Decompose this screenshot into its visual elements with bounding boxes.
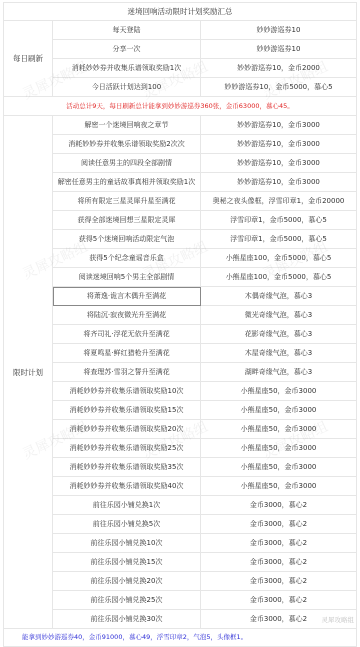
reward-cell: 金币3000，慕心2 <box>201 496 357 515</box>
task-cell: 前往乐园小铺兑换1次 <box>53 496 201 515</box>
task-cell: 消耗妙妙券并收集乐谱领取奖励1次 <box>53 59 201 78</box>
task-cell: 前往乐园小铺兑换25次 <box>53 591 201 610</box>
reward-cell: 金币3000，慕心2 <box>201 553 357 572</box>
reward-cell: 小熊星座100，金币5000，慕心5 <box>201 249 357 268</box>
reward-cell: 金币3000，慕心2 <box>201 515 357 534</box>
task-cell: 前往乐园小铺兑换15次 <box>53 553 201 572</box>
reward-cell: 浮雪印章1，金币5000，慕心5 <box>201 211 357 230</box>
reward-cell: 妙妙游巡券10，金币2000 <box>201 59 357 78</box>
reward-cell: 微光奇缘气泡，慕心3 <box>201 306 357 325</box>
limited-row: 获得全部迷境回想三星限定灵犀浮雪印章1，金币5000，慕心5 <box>4 211 357 230</box>
limited-row: 消耗妙妙券并收集乐谱领取奖励35次小熊星座50，金币3000 <box>4 458 357 477</box>
reward-cell: 小熊星座50，金币3000 <box>201 401 357 420</box>
limited-row: 消耗妙妙券并收集乐谱领取奖励40次小熊星座50，金币3000 <box>4 477 357 496</box>
reward-cell: 妙妙游巡券10，金币3000 <box>201 116 357 135</box>
section-label-daily: 每日刷新 <box>4 21 53 97</box>
daily-row: 每日刷新每天登陆妙妙游巡券10 <box>4 21 357 40</box>
limited-row: 阅读迷境回响5个男主全部剧情小熊星座100，金币5000，慕心5 <box>4 268 357 287</box>
limited-row: 将陆沉·寂夜微光升至满花微光奇缘气泡，慕心3 <box>4 306 357 325</box>
credit-watermark: 灵犀攻略组 <box>322 615 355 624</box>
reward-cell: 小熊星座50，金币3000 <box>201 458 357 477</box>
task-cell: 前往乐园小铺兑换20次 <box>53 572 201 591</box>
reward-cell: 小熊星座50，金币3000 <box>201 477 357 496</box>
task-cell: 消耗妙妙券并收集乐谱领取奖励15次 <box>53 401 201 420</box>
reward-cell: 浮雪印章1，金币5000，慕心5 <box>201 230 357 249</box>
limited-row: 前往乐园小铺兑换10次金币3000，慕心2 <box>4 534 357 553</box>
task-cell: 消耗妙妙券并收集乐谱领取奖励2次次 <box>53 135 201 154</box>
task-cell: 将萧逸·诡言木偶升至满花 <box>53 287 201 306</box>
reward-cell: 金币3000，慕心2 <box>201 572 357 591</box>
task-cell: 前往乐园小铺兑换5次 <box>53 515 201 534</box>
limited-row: 将查理苏·雪羽之誓升至满花湖畔奇缘气泡，慕心3 <box>4 363 357 382</box>
task-cell: 将所有限定三星灵犀升星至满花 <box>53 192 201 211</box>
limited-row: 消耗妙妙券并收集乐谱领取奖励20次小熊星座50，金币3000 <box>4 420 357 439</box>
limited-row: 消耗妙妙券并收集乐谱领取奖励15次小熊星座50，金币3000 <box>4 401 357 420</box>
limited-row: 前往乐园小铺兑换25次金币3000，慕心2 <box>4 591 357 610</box>
task-cell: 阅读迷境回响5个男主全部剧情 <box>53 268 201 287</box>
task-cell: 消耗妙妙券并收集乐谱领取奖励25次 <box>53 439 201 458</box>
task-cell: 将夏鸣星·鲜红猎枪升至满花 <box>53 344 201 363</box>
limited-row: 消耗妙妙券并收集乐谱领取奖励2次次妙妙游巡券10，金币3000 <box>4 135 357 154</box>
task-cell: 消耗妙妙券并收集乐谱领取奖励10次 <box>53 382 201 401</box>
limited-row: 获得5个迷境回响活动限定气泡浮雪印章1，金币5000，慕心5 <box>4 230 357 249</box>
reward-cell: 妙妙游巡券10 <box>201 21 357 40</box>
limited-row: 获得5个纪念童谣音乐盒小熊星座100，金币5000，慕心5 <box>4 249 357 268</box>
task-cell: 消耗妙妙券并收集乐谱领取奖励35次 <box>53 458 201 477</box>
limited-row: 将夏鸣星·鲜红猎枪升至满花木屋奇缘气泡，慕心3 <box>4 344 357 363</box>
task-cell: 获得5个纪念童谣音乐盒 <box>53 249 201 268</box>
reward-cell: 小熊星座100，金币5000，慕心5 <box>201 268 357 287</box>
reward-cell: 妙妙游巡券10，金币3000 <box>201 173 357 192</box>
task-cell: 将陆沉·寂夜微光升至满花 <box>53 306 201 325</box>
reward-summary-table: 迷境回响活动限时计划奖励汇总 每日刷新每天登陆妙妙游巡券10分享一次妙妙游巡券1… <box>3 2 357 630</box>
task-cell: 解密一个迷境回响夜之章节 <box>53 116 201 135</box>
reward-cell: 金币3000，慕心2 <box>201 591 357 610</box>
reward-cell: 花影奇缘气泡，慕心3 <box>201 325 357 344</box>
limited-row: 前往乐园小铺兑换1次金币3000，慕心2 <box>4 496 357 515</box>
limited-row: 前往乐园小铺兑换5次金币3000，慕心2 <box>4 515 357 534</box>
reward-cell: 木偶奇缘气泡，慕心3 <box>201 287 357 306</box>
limited-row: 将所有限定三星灵犀升星至满花奥秘之夜头像框，浮雪印章1，金币20000 <box>4 192 357 211</box>
limited-row: 前往乐园小铺兑换30次金币3000，慕心2 <box>4 610 357 629</box>
task-cell: 将齐司礼·浮花无依升至满花 <box>53 325 201 344</box>
reward-cell: 妙妙游巡券10 <box>201 40 357 59</box>
limited-row: 解密任意男主的童话故事真相并领取奖励1次妙妙游巡券10，金币3000 <box>4 173 357 192</box>
task-cell: 消耗妙妙券并收集乐谱领取奖励20次 <box>53 420 201 439</box>
limited-row: 消耗妙妙券并收集乐谱领取奖励10次小熊星座50，金币3000 <box>4 382 357 401</box>
section-label-limited: 限时计划 <box>4 116 53 629</box>
limited-row: 前往乐园小铺兑换15次金币3000，慕心2 <box>4 553 357 572</box>
reward-summary-table-container: 迷境回响活动限时计划奖励汇总 每日刷新每天登陆妙妙游巡券10分享一次妙妙游巡券1… <box>3 2 356 630</box>
task-cell: 今日活跃计划达到100 <box>53 78 201 97</box>
reward-cell: 小熊星座50，金币3000 <box>201 439 357 458</box>
daily-summary-text: 活动总计9天，每日刷新总计能拿到妙妙游巡券360张，金币63000，慕心45。 <box>4 97 357 116</box>
task-cell: 解密任意男主的童话故事真相并领取奖励1次 <box>53 173 201 192</box>
task-cell: 获得5个迷境回响活动限定气泡 <box>53 230 201 249</box>
task-cell: 每天登陆 <box>53 21 201 40</box>
task-cell: 获得全部迷境回想三星限定灵犀 <box>53 211 201 230</box>
limited-row: 限时计划解密一个迷境回响夜之章节妙妙游巡券10，金币3000 <box>4 116 357 135</box>
task-cell: 消耗妙妙券并收集乐谱领取奖励40次 <box>53 477 201 496</box>
title-row: 迷境回响活动限时计划奖励汇总 <box>4 3 357 21</box>
reward-cell: 妙妙游巡券10，金币5000，慕心5 <box>201 78 357 97</box>
reward-cell: 小熊星座50，金币3000 <box>201 420 357 439</box>
reward-cell: 金币3000，慕心2 <box>201 534 357 553</box>
reward-cell: 奥秘之夜头像框，浮雪印章1，金币20000 <box>201 192 357 211</box>
table-title: 迷境回响活动限时计划奖励汇总 <box>4 3 357 21</box>
reward-cell: 妙妙游巡券10，金币3000 <box>201 135 357 154</box>
task-cell: 分享一次 <box>53 40 201 59</box>
daily-summary-row: 活动总计9天，每日刷新总计能拿到妙妙游巡券360张，金币63000，慕心45。 <box>4 97 357 116</box>
limited-row: 前往乐园小铺兑换20次金币3000，慕心2 <box>4 572 357 591</box>
limited-row: 将萧逸·诡言木偶升至满花木偶奇缘气泡，慕心3 <box>4 287 357 306</box>
task-cell: 将查理苏·雪羽之誓升至满花 <box>53 363 201 382</box>
daily-row: 分享一次妙妙游巡券10 <box>4 40 357 59</box>
limited-row: 阅读任意男主的四段全部剧情妙妙游巡券10，金币3000 <box>4 154 357 173</box>
daily-row: 消耗妙妙券并收集乐谱领取奖励1次妙妙游巡券10，金币2000 <box>4 59 357 78</box>
task-cell: 前往乐园小铺兑换30次 <box>53 610 201 629</box>
reward-cell: 妙妙游巡券10，金币3000 <box>201 154 357 173</box>
reward-cell: 湖畔奇缘气泡，慕心3 <box>201 363 357 382</box>
limited-row: 将齐司礼·浮花无依升至满花花影奇缘气泡，慕心3 <box>4 325 357 344</box>
reward-cell: 小熊星座50，金币3000 <box>201 382 357 401</box>
limited-row: 消耗妙妙券并收集乐谱领取奖励25次小熊星座50，金币3000 <box>4 439 357 458</box>
daily-row: 今日活跃计划达到100妙妙游巡券10，金币5000，慕心5 <box>4 78 357 97</box>
task-cell: 阅读任意男主的四段全部剧情 <box>53 154 201 173</box>
reward-cell: 木屋奇缘气泡，慕心3 <box>201 344 357 363</box>
task-cell: 前往乐园小铺兑换10次 <box>53 534 201 553</box>
